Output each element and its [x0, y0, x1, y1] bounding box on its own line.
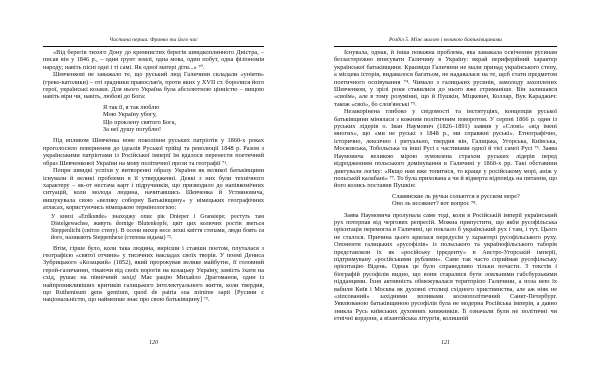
block-quote: У книзі «Erdkunde» знаходжу опис рік Dni…	[51, 214, 264, 242]
left-page: Частина перша. Франко та його час «Від б…	[43, 0, 264, 385]
verse-line: Я так її, я так люблю	[103, 104, 264, 111]
paragraph: Під впливом Шевченка нове покоління русь…	[43, 137, 264, 167]
right-page: Розділ 5. Між малою і великою батьківщин…	[334, 0, 557, 385]
block-quote-text: У книзі «Erdkunde» знаходжу опис рік Dni…	[51, 214, 264, 242]
paragraph: «Від берегів тихого Дону до кремнистих б…	[43, 49, 264, 71]
running-head-left: Частина перша. Франко та його час	[43, 37, 264, 44]
page-number-right: 121	[334, 340, 557, 346]
verse-line: За неї душу погублю!	[103, 126, 264, 133]
verse-line: Славянские ль ручьи сольются в русском м…	[392, 193, 557, 200]
verse-quote: Славянские ль ручьи сольются в русском м…	[334, 193, 557, 208]
verse-line: Оно ль иссякнет? вот вопрос ⁷⁸.	[392, 200, 557, 207]
paragraph: Існувала, однак, й інша поважна проблема…	[334, 49, 557, 108]
header-rule-left	[43, 46, 264, 47]
running-head-right: Розділ 5. Між малою і великою батьківщин…	[334, 37, 557, 44]
paragraph: Втім, гірше було, коли така людина, вирі…	[43, 245, 264, 304]
page-number-left: 120	[43, 340, 264, 346]
paragraph: Незакорінена глибоко у свідомості та інс…	[334, 108, 557, 189]
verse-line: Мою Україну убогу,	[103, 111, 264, 118]
verse-line: Що проклену святого Бога,	[103, 119, 264, 126]
verse-quote: Я так її, я так люблю Мою Україну убогу,…	[43, 104, 264, 134]
right-page-body: Існувала, однак, й інша поважна проблема…	[334, 49, 557, 323]
left-page-body: «Від берегів тихого Дону до кремнистих б…	[43, 49, 264, 304]
paragraph: Заява Наумовича пролунала саме тоді, кол…	[334, 212, 557, 323]
paragraph: Попри швидкі успіхи у витворенні образу …	[43, 167, 264, 211]
header-rule-right	[334, 46, 557, 47]
paragraph: Шевченкові не заважало те, що руський лю…	[43, 71, 264, 101]
